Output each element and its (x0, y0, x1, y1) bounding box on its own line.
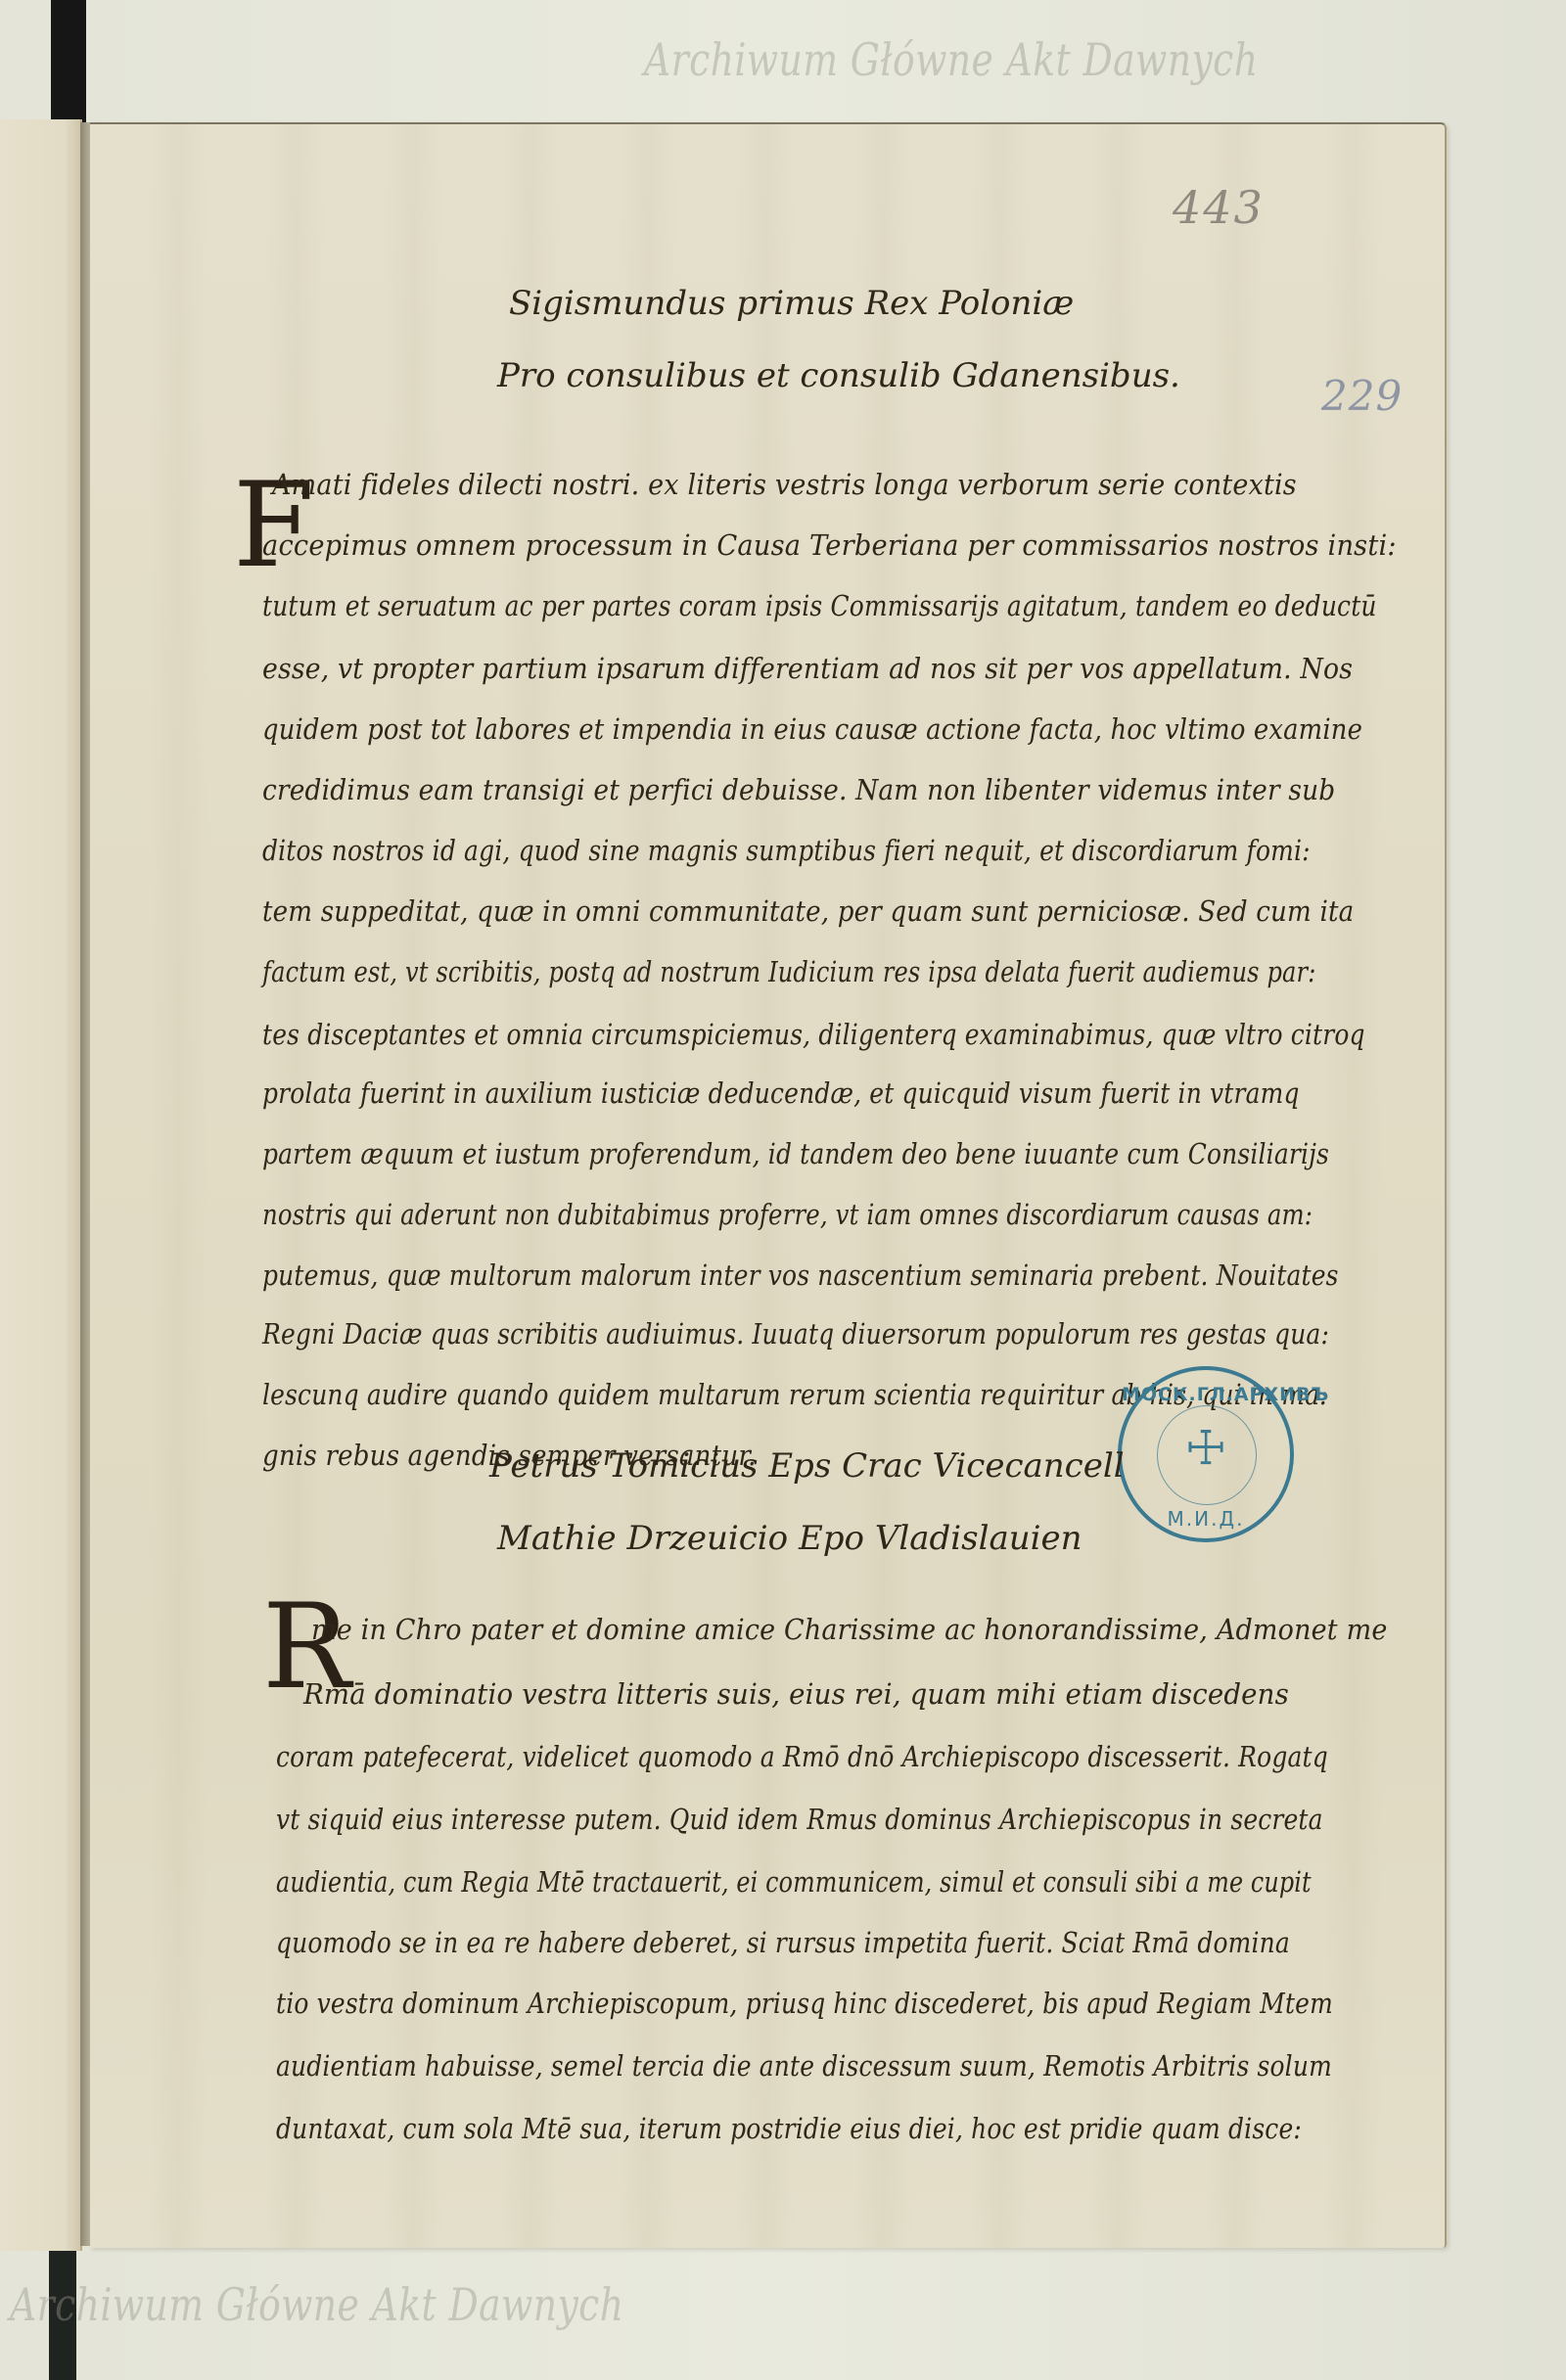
letter1-heading-line1: Sigismundus primus Rex Poloniæ (509, 284, 1074, 323)
facing-page-edge (0, 119, 82, 2251)
double-headed-eagle-icon: ☩ (1122, 1425, 1290, 1472)
old-folio-number: 229 (1321, 372, 1403, 420)
letter2-heading-line1: Petrus Tomicius Eps Crac Vicecancell (489, 1446, 1125, 1486)
letter2-line-3: coram patefecerat, videlicet quomodo a R… (276, 1740, 1328, 1773)
letter2-line-4: vt siquid eius interesse putem. Quid ide… (276, 1803, 1323, 1836)
letter1-line-4: esse, vt propter partium ipsarum differe… (262, 652, 1353, 685)
letter1-line-11: prolata fuerint in auxilium iusticiæ ded… (262, 1076, 1300, 1110)
letter1-line-2: accepimus omnem processum in Causa Terbe… (262, 528, 1397, 562)
stamp-bottom-text: М.И.Д. (1122, 1507, 1290, 1531)
letter2-line-1: me in Chro pater et domine amice Chariss… (311, 1613, 1388, 1646)
letter1-line-8: tem suppeditat, quæ in omni communitate,… (262, 894, 1354, 928)
letter1-line-14: putemus, quæ multorum malorum inter vos … (262, 1259, 1339, 1292)
archive-watermark-bottom: Archiwum Główne Akt Dawnych (10, 2278, 623, 2331)
archive-stamp: МОСК.ГЛ.АРХИВЪ ☩ М.И.Д. (1118, 1366, 1294, 1542)
letter2-heading-line2: Mathie Drzeuicio Epo Vladislauien (497, 1519, 1082, 1558)
folio-number: 443 (1173, 181, 1265, 234)
letter1-line-3: tutum et seruatum ac per partes coram ip… (262, 589, 1377, 622)
letter2-line-2: Rmā dominatio vestra litteris suis, eius… (303, 1677, 1289, 1711)
letter1-line-10: tes disceptantes et omnia circumspiciemu… (262, 1018, 1365, 1051)
letter1-line-1: Amati fideles dilecti nostri. ex literis… (272, 468, 1297, 501)
letter1-heading-line2: Pro consulibus et consulib Gdanensibus. (497, 356, 1180, 395)
letter1-line-5: quidem post tot labores et impendia in e… (262, 712, 1362, 746)
stamp-top-text: МОСК.ГЛ.АРХИВЪ (1122, 1384, 1290, 1405)
archive-watermark-top: Archiwum Główne Akt Dawnych (644, 33, 1258, 86)
letter1-line-9: factum est, vt scribitis, postq ad nostr… (262, 955, 1316, 988)
letter1-line-12: partem æquum et iustum proferendum, id t… (262, 1137, 1329, 1170)
letter2-line-6: quomodo se in ea re habere deberet, si r… (276, 1926, 1290, 1959)
letter1-line-6: credidimus eam transigi et perfici debui… (262, 773, 1335, 806)
binding-strip-top (51, 0, 86, 127)
letter2-line-7: tio vestra dominum Archiepiscopum, prius… (276, 1987, 1333, 2020)
letter1-line-15: Regni Daciæ quas scribitis audiuimus. Iu… (262, 1317, 1329, 1350)
letter2-line-9: duntaxat, cum sola Mtē sua, iterum postr… (276, 2112, 1302, 2145)
letter2-line-8: audientiam habuisse, semel tercia die an… (276, 2049, 1332, 2082)
letter1-line-13: nostris qui aderunt non dubitabimus prof… (262, 1198, 1313, 1231)
letter2-line-5: audientia, cum Regia Mtē tractauerit, ei… (276, 1865, 1312, 1899)
letter1-line-7: ditos nostros id agi, quod sine magnis s… (262, 834, 1311, 867)
